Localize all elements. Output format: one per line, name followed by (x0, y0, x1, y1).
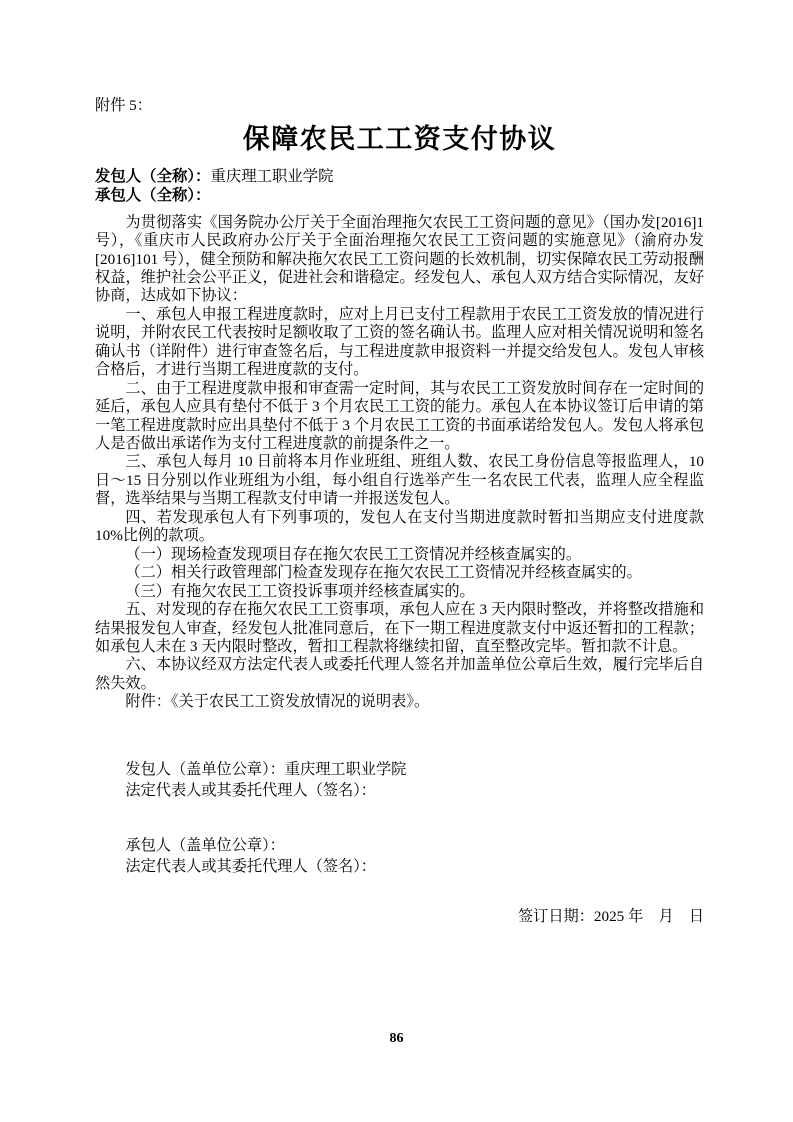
parties-section: 发包人（全称）：重庆理工职业学院 承包人（全称）： (95, 167, 704, 206)
paragraph-clause-4: 四、若发现承包人有下列事项的，发包人在支付当期进度款时暂扣当期应支付进度款 10… (95, 509, 704, 546)
page-title: 保障农民工工资支付协议 (95, 120, 704, 158)
signature-contractor-block: 承包人（盖单位公章）： 法定代表人或其委托代理人（签名）： (125, 835, 704, 878)
document-page: 附件 5： 保障农民工工资支付协议 发包人（全称）：重庆理工职业学院 承包人（全… (0, 0, 793, 1122)
paragraph-preamble: 为贯彻落实《国务院办公厅关于全面治理拖欠农民工工资问题的意见》（国办发[2016… (95, 214, 704, 306)
paragraph-clause-5: 五、对发现的存在拖欠农民工工资事项，承包人应在 3 天内限时整改，并将整改措施和… (95, 601, 704, 656)
attachment-label: 附件 5： (95, 96, 704, 115)
contractor-representative-line: 法定代表人或其委托代理人（签名）： (125, 856, 704, 878)
paragraph-clause-2: 二、由于工程进度款申报和审查需一定时间，其与农民工工资发放时间存在一定时间的延后… (95, 380, 704, 454)
signature-gap (125, 802, 704, 835)
employer-seal-value: 重庆理工职业学院 (285, 761, 407, 778)
paragraph-clause-4-item-3: （三）有拖欠农民工工资投诉事项并经核查属实的。 (95, 583, 704, 601)
page-number: 86 (0, 1031, 793, 1047)
signature-employer-block: 发包人（盖单位公章）：重庆理工职业学院 法定代表人或其委托代理人（签名）： (125, 759, 704, 802)
document-content: 附件 5： 保障农民工工资支付协议 发包人（全称）：重庆理工职业学院 承包人（全… (95, 96, 704, 926)
paragraph-clause-6: 六、本协议经双方法定代表人或委托代理人签名并加盖单位公章后生效，履行完毕后自然失… (95, 656, 704, 693)
paragraph-clause-3: 三、承包人每月 10 日前将本月作业班组、班组人数、农民工身份信息等报监理人，1… (95, 453, 704, 508)
employer-name-value: 重庆理工职业学院 (210, 168, 333, 185)
employer-name-line: 发包人（全称）：重庆理工职业学院 (95, 167, 704, 186)
paragraph-attachment-note: 附件：《关于农民工工资发放情况的说明表》。 (95, 693, 704, 711)
employer-seal-label: 发包人（盖单位公章）： (125, 761, 284, 778)
paragraph-clause-4-item-1: （一）现场检查发现项目存在拖欠农民工工资情况并经核查属实的。 (95, 546, 704, 564)
contractor-seal-label: 承包人（盖单位公章）： (125, 837, 284, 854)
contractor-name-label: 承包人（全称）： (95, 187, 210, 204)
agreement-body: 为贯彻落实《国务院办公厅关于全面治理拖欠农民工工资问题的意见》（国办发[2016… (95, 214, 704, 712)
signing-date-line: 签订日期：2025 年 月 日 (95, 907, 704, 926)
contractor-name-line: 承包人（全称）： (95, 186, 704, 205)
employer-name-label: 发包人（全称）： (95, 168, 210, 185)
employer-seal-line: 发包人（盖单位公章）：重庆理工职业学院 (125, 759, 704, 781)
paragraph-clause-4-item-2: （二）相关行政管理部门检查发现存在拖欠农民工工资情况并经核查属实的。 (95, 564, 704, 582)
contractor-seal-line: 承包人（盖单位公章）： (125, 835, 704, 857)
signature-section: 发包人（盖单位公章）：重庆理工职业学院 法定代表人或其委托代理人（签名）： 承包… (125, 759, 704, 878)
employer-representative-line: 法定代表人或其委托代理人（签名）： (125, 780, 704, 802)
paragraph-clause-1: 一、承包人申报工程进度款时，应对上月已支付工程款用于农民工工资发放的情况进行说明… (95, 306, 704, 380)
